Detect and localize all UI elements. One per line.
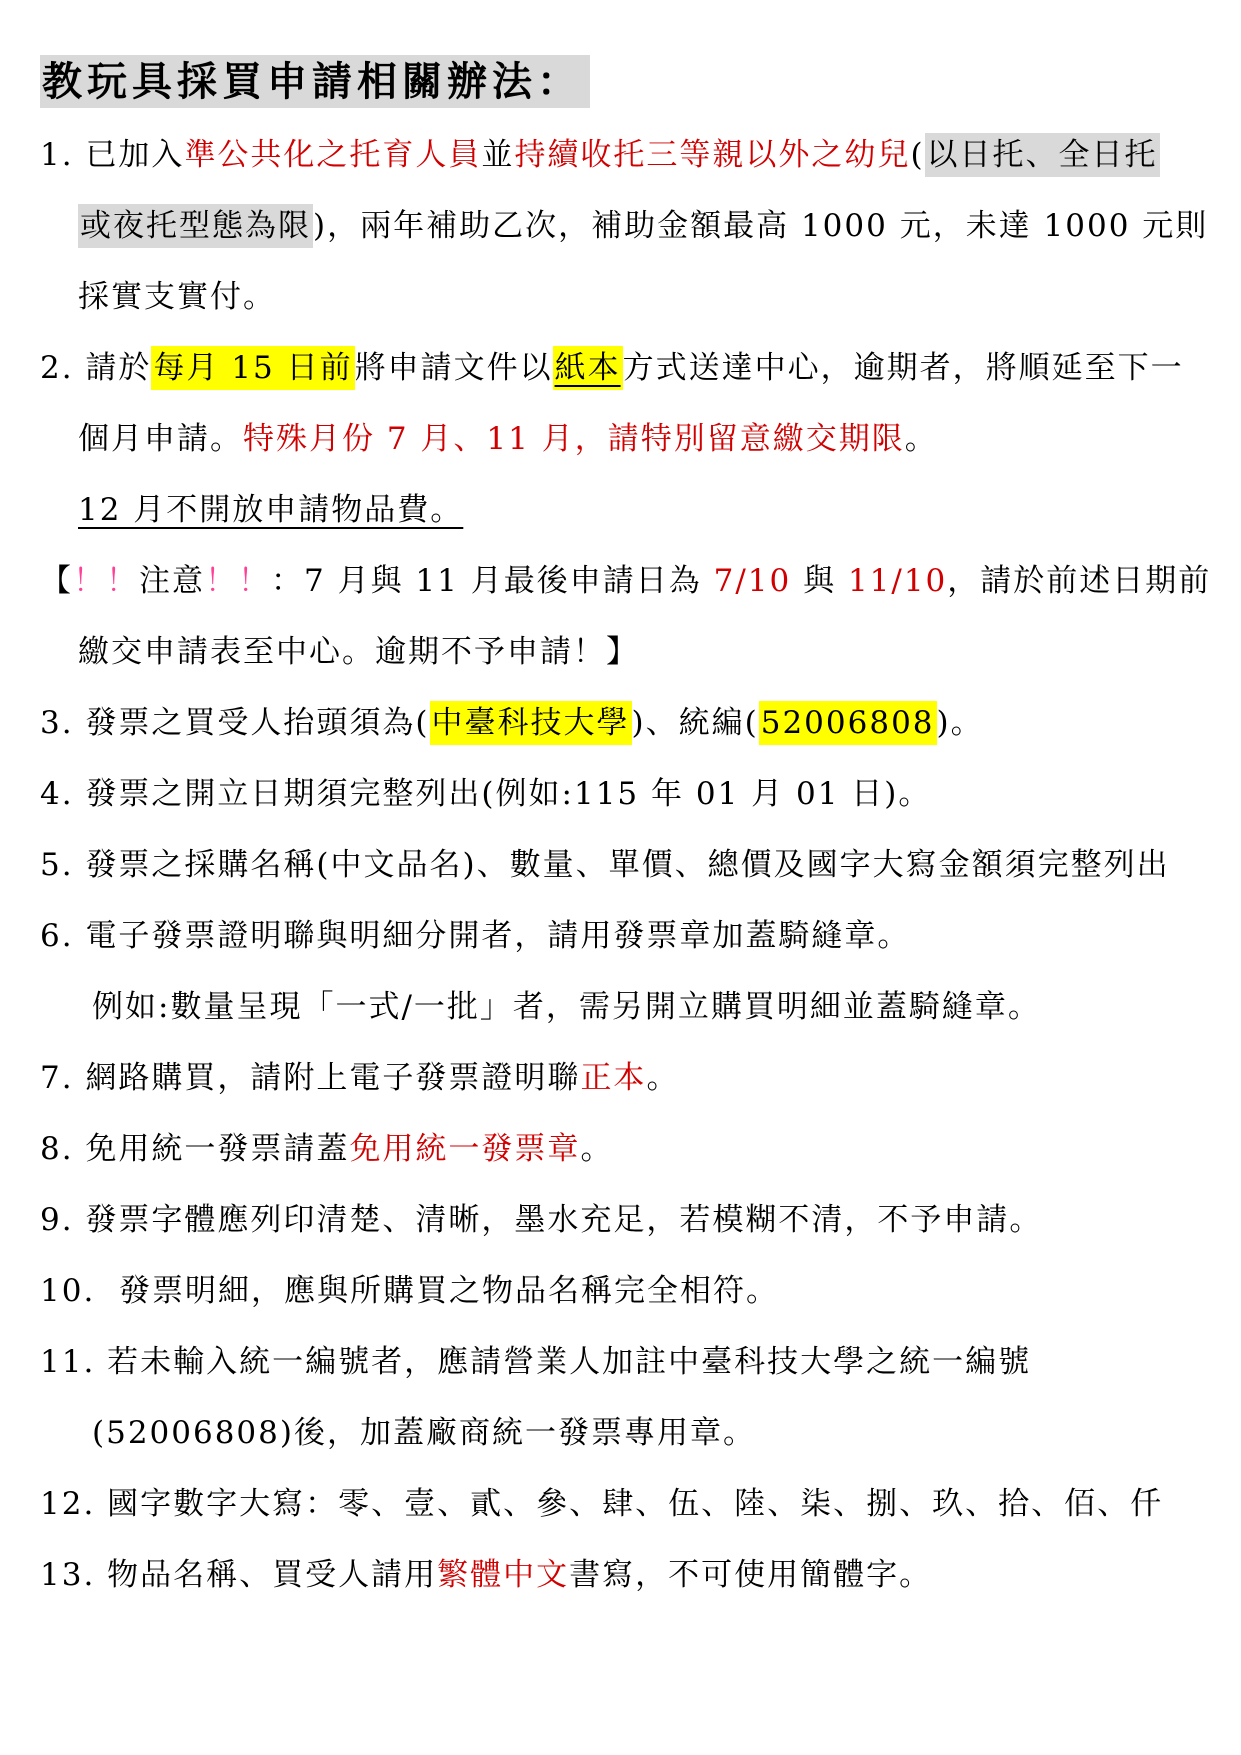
text-segment: 方式送達中心，逾期者，將順延至下一 bbox=[623, 350, 1184, 386]
text-segment: 7. bbox=[40, 1060, 85, 1096]
text-segment: 10. bbox=[40, 1273, 119, 1309]
text-segment: ！！ bbox=[73, 563, 139, 599]
text-segment: 發票字體應列印清楚、清晰，墨水充足，若模糊不清，不予申請。 bbox=[85, 1202, 1042, 1238]
text-segment: 【 bbox=[40, 563, 73, 599]
text-segment: 發票明細，應與所購買之物品名稱完全相符。 bbox=[119, 1273, 779, 1309]
text-segment: 12. bbox=[40, 1486, 107, 1522]
text-segment: 每月 15 日前 bbox=[151, 346, 354, 390]
text-segment: 2. bbox=[40, 350, 85, 386]
text-segment: 電子發票證明聯與明細分開者，請用發票章加蓋騎縫章。 bbox=[85, 918, 910, 954]
text-segment: 發票之開立日期須完整列出(例如:115 年 01 月 01 日)。 bbox=[85, 776, 931, 812]
item-3: 3. 發票之買受人抬頭須為(中臺科技大學)、統編(52006808)。 bbox=[40, 688, 1191, 759]
text-segment: 準公共化之托育人員 bbox=[184, 137, 481, 173]
text-segment: 。 bbox=[580, 1131, 613, 1167]
text-segment: 請於 bbox=[85, 350, 151, 386]
item-9: 9. 發票字體應列印清楚、清晰，墨水充足，若模糊不清，不予申請。 bbox=[40, 1185, 1191, 1256]
text-segment: )。 bbox=[937, 705, 984, 741]
item-6-line-2: 例如:數量呈現「一式/一批」者，需另開立購買明細並蓋騎縫章。 bbox=[40, 972, 1191, 1043]
text-segment: 1. bbox=[40, 137, 85, 173]
text-segment: 12 月不開放申請物品費。 bbox=[78, 492, 463, 528]
text-segment: 52006808 bbox=[759, 701, 937, 745]
item-4: 4. 發票之開立日期須完整列出(例如:115 年 01 月 01 日)。 bbox=[40, 759, 1191, 830]
text-segment: ，請於前述日期前 bbox=[947, 563, 1211, 599]
item-10: 10. 發票明細，應與所購買之物品名稱完全相符。 bbox=[40, 1256, 1191, 1327]
text-segment: 若未輸入統一編號者，應請營業人加註中臺科技大學之統一編號 bbox=[107, 1344, 1031, 1380]
text-segment: 國字數字大寫：零、壹、貳、參、肆、伍、陸、柒、捌、玖、拾、佰、仟 bbox=[107, 1486, 1163, 1522]
text-segment: 採實支實付。 bbox=[78, 279, 276, 315]
item-11-line-1: 11. 若未輸入統一編號者，應請營業人加註中臺科技大學之統一編號 bbox=[40, 1327, 1191, 1398]
text-segment: 8. bbox=[40, 1131, 85, 1167]
item-11-line-2: (52006808)後，加蓋廠商統一發票專用章。 bbox=[40, 1398, 1191, 1469]
text-segment: 發票之採購名稱(中文品名)、數量、單價、總價及國字大寫金額須完整列出 bbox=[85, 847, 1169, 883]
text-segment: 紙本 bbox=[553, 346, 623, 390]
item-2-line-1: 2. 請於每月 15 日前將申請文件以紙本方式送達中心，逾期者，將順延至下一 bbox=[40, 333, 1191, 404]
text-segment: 持續收托三等親以外之幼兒 bbox=[514, 137, 910, 173]
item-12: 12. 國字數字大寫：零、壹、貳、參、肆、伍、陸、柒、捌、玖、拾、佰、仟 bbox=[40, 1469, 1191, 1540]
text-segment: 7/10 bbox=[714, 563, 792, 599]
text-segment: 與 bbox=[791, 563, 848, 599]
item-8: 8. 免用統一發票請蓋免用統一發票章。 bbox=[40, 1114, 1191, 1185]
text-segment: 正本 bbox=[580, 1060, 646, 1096]
notice-line-2: 繳交申請表至中心。逾期不予申請！】 bbox=[40, 617, 1191, 688]
item-6-line-1: 6. 電子發票證明聯與明細分開者，請用發票章加蓋騎縫章。 bbox=[40, 901, 1191, 972]
text-segment: 物品名稱、買受人請用 bbox=[107, 1557, 437, 1593]
text-segment: (52006808)後，加蓋廠商統一發票專用章。 bbox=[92, 1415, 756, 1451]
document-page: 教玩具採買申請相關辦法： 1. 已加入準公共化之托育人員並持續收托三等親以外之幼… bbox=[0, 0, 1241, 1755]
text-segment: 例如:數量呈現「一式/一批」者，需另開立購買明細並蓋騎縫章。 bbox=[92, 989, 1041, 1025]
text-segment: 繁體中文 bbox=[437, 1557, 569, 1593]
text-segment: 網路購買，請附上電子發票證明聯 bbox=[85, 1060, 580, 1096]
item-7: 7. 網路購買，請附上電子發票證明聯正本。 bbox=[40, 1043, 1191, 1114]
text-segment: 書寫，不可使用簡體字。 bbox=[569, 1557, 932, 1593]
text-segment: ！！ bbox=[205, 563, 271, 599]
text-segment: 中臺科技大學 bbox=[430, 701, 632, 745]
text-segment: 發票之買受人抬頭須為( bbox=[85, 705, 429, 741]
text-segment: ：7 月與 11 月最後申請日為 bbox=[271, 563, 714, 599]
text-segment: 特殊月份 7 月、11 月，請特別留意繳交期限 bbox=[243, 421, 905, 457]
text-segment: 免用統一發票請蓋 bbox=[85, 1131, 349, 1167]
text-segment: )，兩年補助乙次，補助金額最高 1000 元，未達 1000 元則 bbox=[313, 208, 1208, 244]
text-segment: 以日托、全日托 bbox=[925, 133, 1160, 177]
text-segment: 。 bbox=[646, 1060, 679, 1096]
item-1-line-3: 採實支實付。 bbox=[40, 262, 1191, 333]
text-segment: ( bbox=[910, 137, 924, 173]
doc-title: 教玩具採買申請相關辦法： bbox=[40, 44, 1191, 120]
item-5: 5. 發票之採購名稱(中文品名)、數量、單價、總價及國字大寫金額須完整列出 bbox=[40, 830, 1191, 901]
item-2-line-2: 個月申請。特殊月份 7 月、11 月，請特別留意繳交期限。 bbox=[40, 404, 1191, 475]
text-segment: 已加入 bbox=[85, 137, 184, 173]
item-1-line-1: 1. 已加入準公共化之托育人員並持續收托三等親以外之幼兒(以日托、全日托 bbox=[40, 120, 1191, 191]
document-body: 1. 已加入準公共化之托育人員並持續收托三等親以外之幼兒(以日托、全日托或夜托型… bbox=[40, 120, 1191, 1611]
text-segment: 。 bbox=[905, 421, 938, 457]
item-2-line-3: 12 月不開放申請物品費。 bbox=[40, 475, 1191, 546]
text-segment: 注意 bbox=[139, 563, 205, 599]
text-segment: 將申請文件以 bbox=[355, 350, 553, 386]
text-segment: 11. bbox=[40, 1344, 107, 1380]
text-segment: 3. bbox=[40, 705, 85, 741]
item-13: 13. 物品名稱、買受人請用繁體中文書寫，不可使用簡體字。 bbox=[40, 1540, 1191, 1611]
text-segment: 或夜托型態為限 bbox=[78, 204, 313, 248]
text-segment: 5. bbox=[40, 847, 85, 883]
text-segment: 13. bbox=[40, 1557, 107, 1593]
text-segment: 繳交申請表至中心。逾期不予申請！】 bbox=[78, 634, 639, 670]
text-segment: 並 bbox=[481, 137, 514, 173]
text-segment: 免用統一發票章 bbox=[349, 1131, 580, 1167]
notice-line-1: 【！！注意！！：7 月與 11 月最後申請日為 7/10 與 11/10，請於前… bbox=[40, 546, 1191, 617]
text-segment: 9. bbox=[40, 1202, 85, 1238]
text-segment: 個月申請。 bbox=[78, 421, 243, 457]
text-segment: )、統編( bbox=[632, 705, 759, 741]
text-segment: 11/10 bbox=[848, 563, 947, 599]
text-segment: 6. bbox=[40, 918, 85, 954]
doc-title-text: 教玩具採買申請相關辦法： bbox=[40, 55, 590, 108]
text-segment: 4. bbox=[40, 776, 85, 812]
item-1-line-2: 或夜托型態為限)，兩年補助乙次，補助金額最高 1000 元，未達 1000 元則 bbox=[40, 191, 1191, 262]
